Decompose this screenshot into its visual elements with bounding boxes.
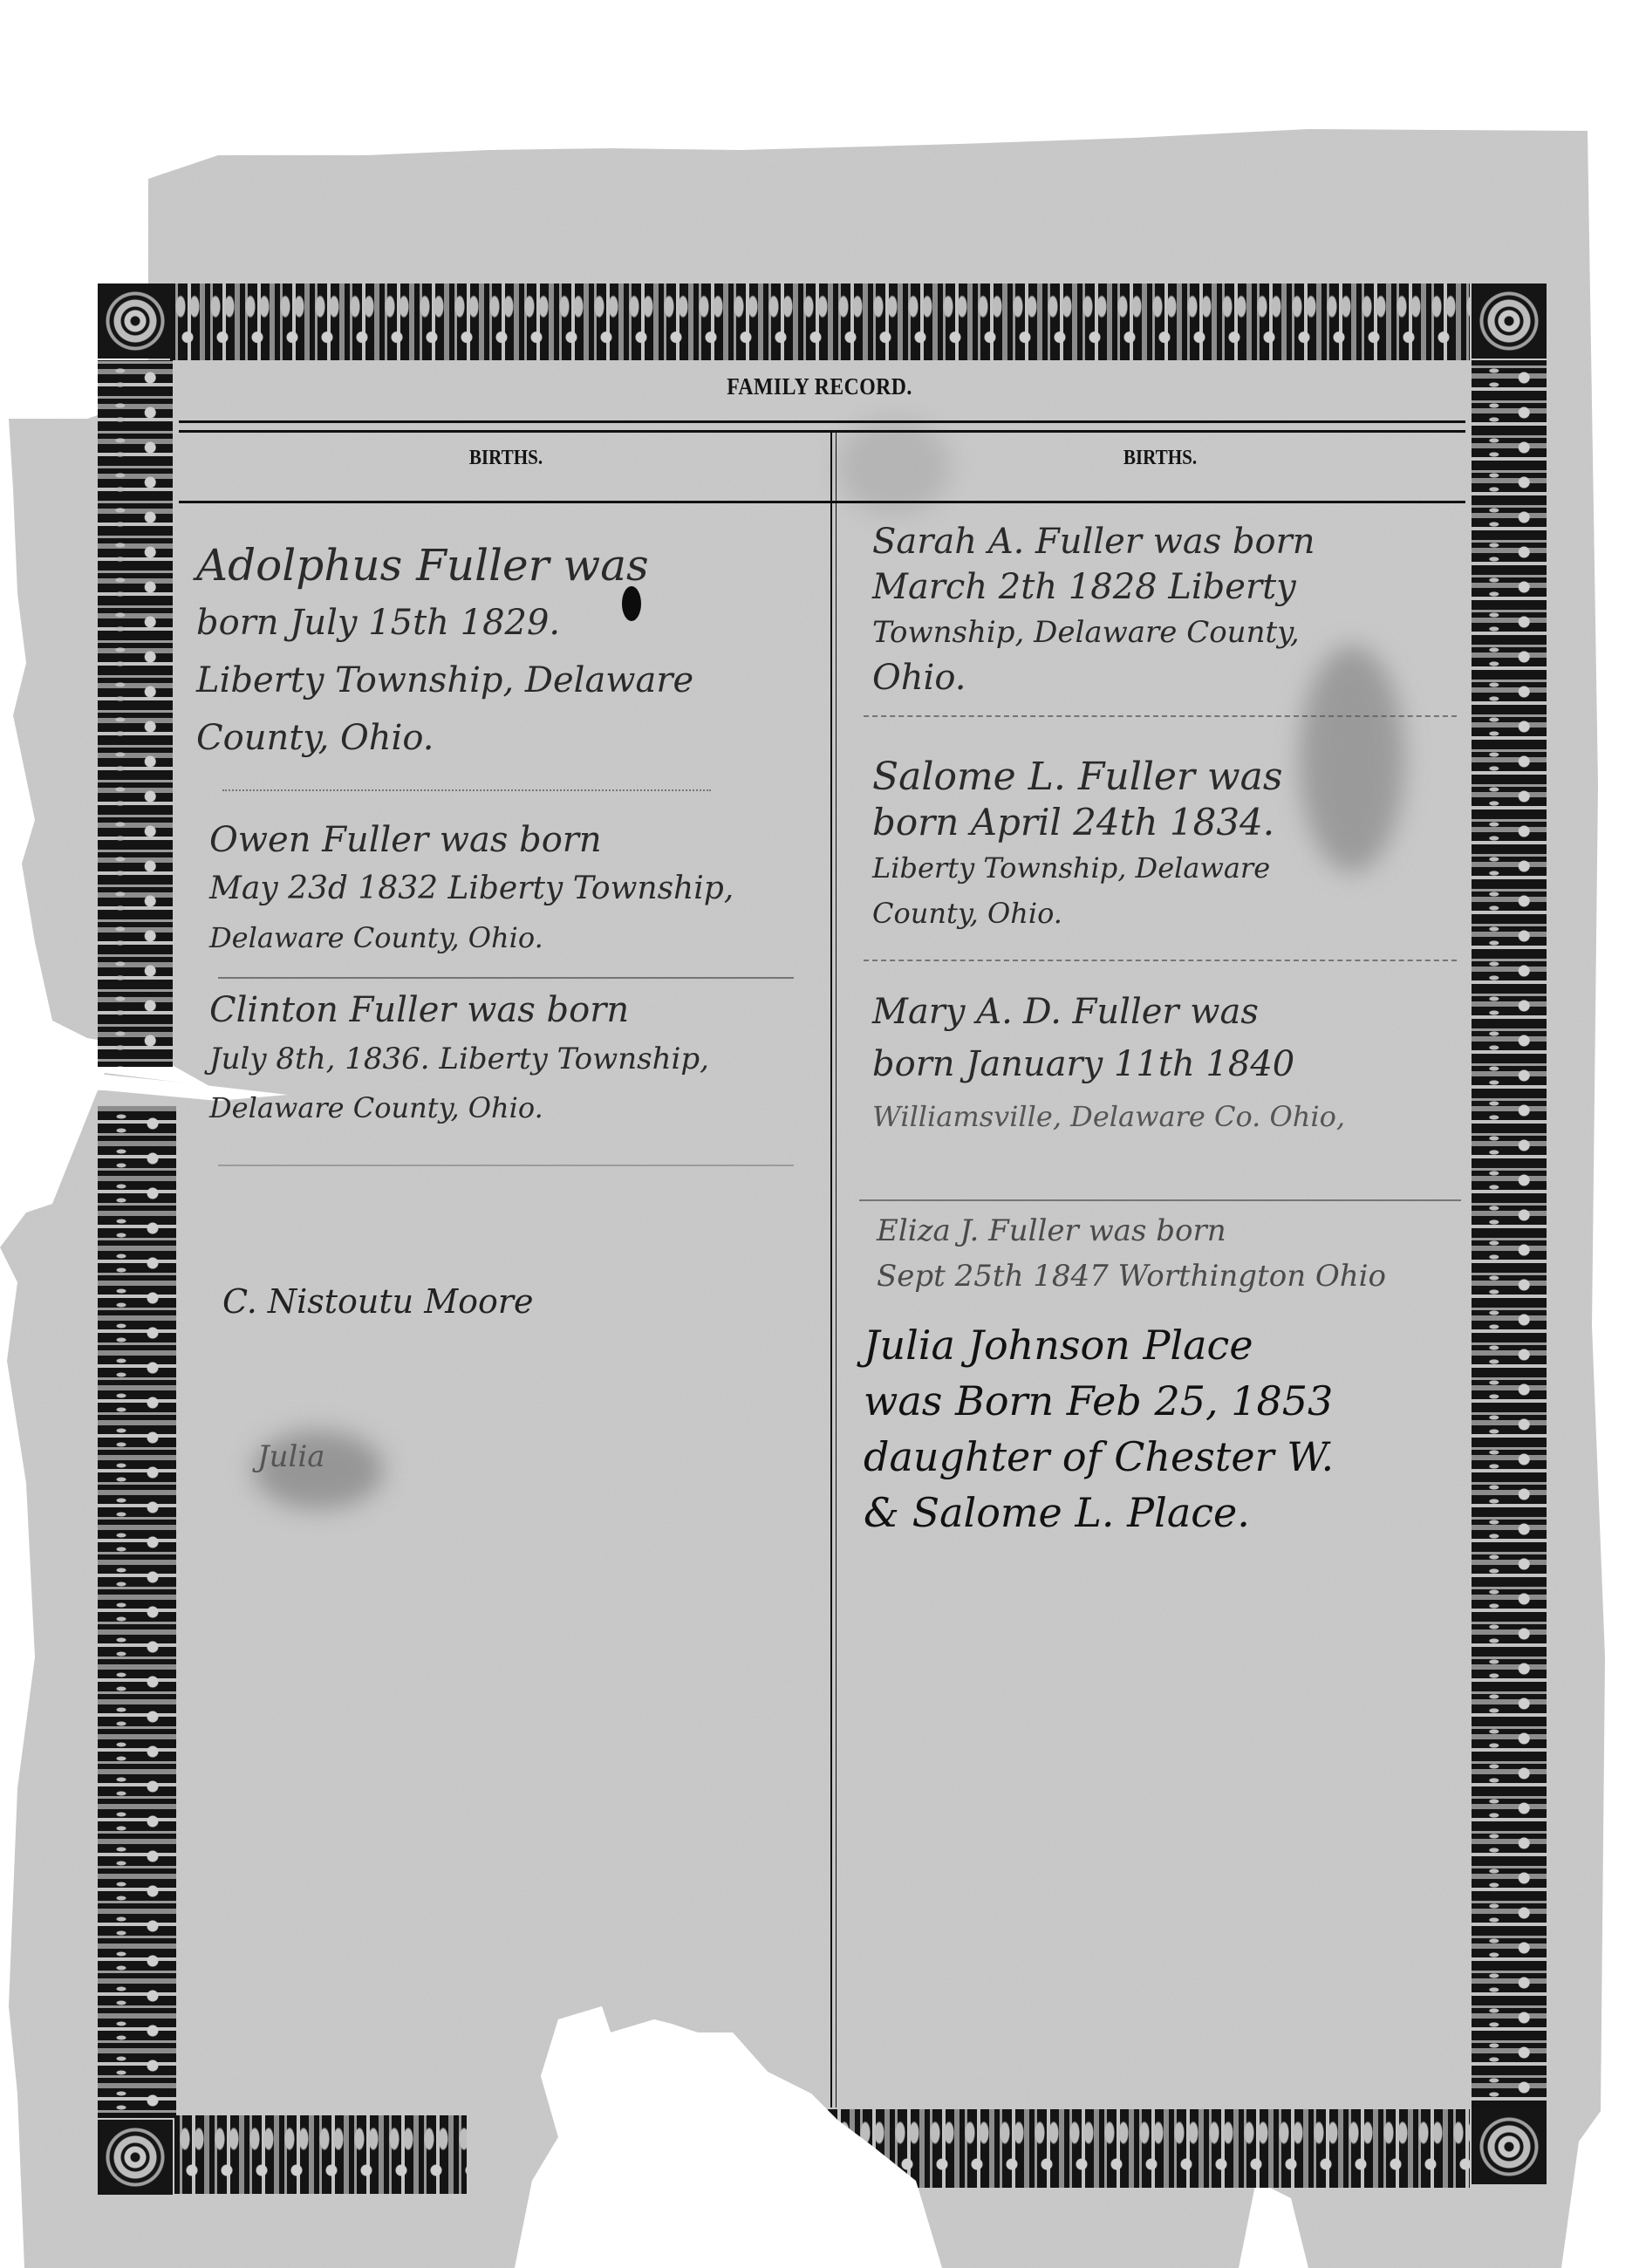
birth-entry: Clinton Fuller was born July 8th, 1836. … <box>209 986 709 1132</box>
entry-line: Delaware County, Ohio. <box>209 1083 709 1132</box>
entry-line: & Salome L. Place. <box>864 1485 1334 1540</box>
entry-line: Adolphus Fuller was <box>196 536 693 594</box>
entry-separator <box>218 977 794 979</box>
entry-line: Salome L. Fuller was <box>872 755 1282 800</box>
entry-line: March 2th 1828 Liberty <box>872 564 1315 610</box>
document-page: FAMILY RECORD. BIRTHS. BIRTHS. Adolphus … <box>0 0 1639 2268</box>
header-rule <box>179 501 1465 503</box>
column-heading-right: BIRTHS. <box>869 447 1452 470</box>
entry-line: County, Ohio. <box>196 709 693 767</box>
entry-separator <box>864 715 1457 717</box>
entry-separator <box>859 1199 1461 1201</box>
entry-line: Julia Johnson Place <box>864 1317 1334 1373</box>
marginal-signature: C. Nistoutu Moore <box>222 1282 534 1321</box>
paper-tear <box>0 0 1639 2268</box>
entry-line: Liberty Township, Delaware <box>872 845 1282 891</box>
birth-entry: Sarah A. Fuller was born March 2th 1828 … <box>872 519 1315 700</box>
birth-entry: Salome L. Fuller was born April 24th 183… <box>872 755 1282 936</box>
column-divider <box>830 433 832 2107</box>
entry-line: Township, Delaware County, <box>872 610 1315 655</box>
entry-line: July 8th, 1836. Liberty Township, <box>209 1035 709 1083</box>
ink-blot <box>622 586 641 621</box>
entry-line: May 23d 1832 Liberty Township, <box>209 864 734 913</box>
birth-entry: Owen Fuller was born May 23d 1832 Libert… <box>209 816 734 962</box>
birth-entry: Adolphus Fuller was born July 15th 1829.… <box>196 536 693 767</box>
entry-line: Sarah A. Fuller was born <box>872 519 1315 564</box>
entry-line: Liberty Township, Delaware <box>196 652 693 709</box>
entry-line: County, Ohio. <box>872 891 1282 936</box>
birth-entry: Eliza J. Fuller was born Sept 25th 1847 … <box>877 1208 1386 1299</box>
birth-entry: Julia Johnson Place was Born Feb 25, 185… <box>864 1317 1334 1540</box>
entry-separator <box>222 789 711 791</box>
entry-line: daughter of Chester W. <box>864 1429 1334 1485</box>
entry-line: Mary A. D. Fuller was <box>872 986 1345 1038</box>
entry-line: Williamsville, Delaware Co. Ohio, <box>872 1090 1345 1143</box>
title-rule <box>179 430 1465 433</box>
entry-line: Owen Fuller was born <box>209 816 734 864</box>
entry-line: Delaware County, Ohio. <box>209 913 734 962</box>
entry-separator <box>218 1165 794 1166</box>
page-title: FAMILY RECORD. <box>99 373 1541 400</box>
column-divider <box>836 433 837 2107</box>
entry-line: born April 24th 1834. <box>872 800 1282 845</box>
entry-separator <box>864 960 1457 961</box>
column-heading-left: BIRTHS. <box>215 447 798 470</box>
entry-line: Eliza J. Fuller was born <box>877 1208 1386 1254</box>
entry-line: Clinton Fuller was born <box>209 986 709 1035</box>
entry-line: Ohio. <box>872 655 1315 700</box>
title-rule <box>179 420 1465 423</box>
marginal-pencil-note: Julia <box>257 1439 325 1474</box>
entry-line: born January 11th 1840 <box>872 1038 1345 1090</box>
birth-entry: Mary A. D. Fuller was born January 11th … <box>872 986 1345 1143</box>
entry-line: was Born Feb 25, 1853 <box>864 1373 1334 1429</box>
entry-line: Sept 25th 1847 Worthington Ohio <box>877 1254 1386 1299</box>
entry-line: born July 15th 1829. <box>196 594 693 652</box>
